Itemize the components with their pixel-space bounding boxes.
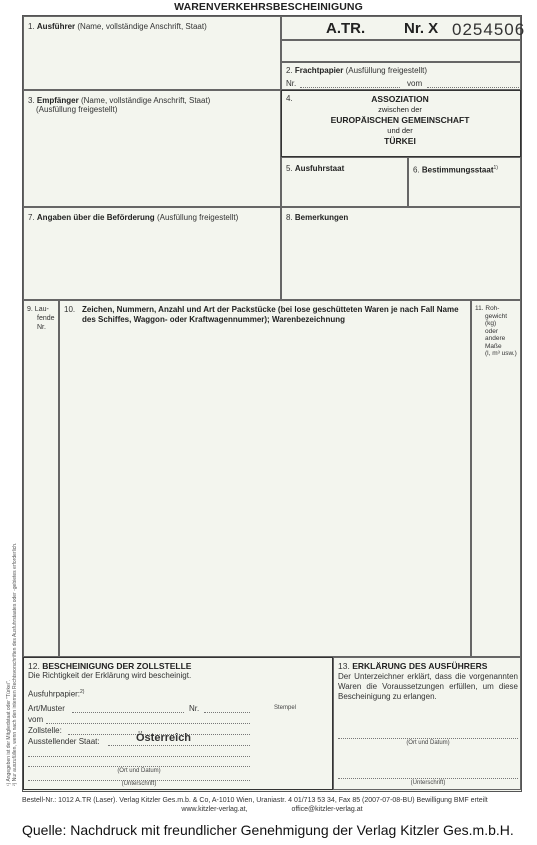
box-number: 1. (28, 22, 35, 31)
place-date-label: (Ort und Datum) (338, 740, 518, 746)
box-title-line: Nr. (27, 323, 55, 332)
serial-number: 0254506 (452, 20, 525, 40)
box-8-remarks[interactable]: 8. Bemerkungen (281, 207, 521, 300)
association-between: zwischen der (282, 105, 518, 116)
box-title: Angaben über die Beförderung (37, 213, 155, 222)
box-title-line: (l, m³ usw.) (475, 350, 520, 358)
issuing-state-field[interactable] (108, 745, 250, 746)
box-number: 11. (475, 305, 484, 312)
vom-label: vom (28, 715, 43, 725)
box-title: Ausführer (37, 22, 75, 31)
place-date-label: (Ort und Datum) (28, 768, 250, 774)
box-title: Frachtpapier (295, 66, 343, 75)
box-10-goods-description[interactable]: 10. Zeichen, Nummern, Anzahl und Art der… (59, 300, 471, 657)
box-note: (Ausfüllung freigestellt) (157, 213, 238, 222)
box-7-transport-details[interactable]: 7. Angaben über die Beförderung (Ausfüll… (23, 207, 281, 300)
box-title-line: Roh- (485, 305, 499, 312)
box-title: Ausfuhrstaat (295, 164, 344, 173)
nr-label: Nr. (286, 79, 296, 89)
association-title: ASSOZIATION (282, 94, 518, 105)
box-note: (Name, vollständige Anschrift, Staat) (77, 22, 206, 31)
footnote-ref: 2) (80, 689, 84, 695)
association-and: und der (282, 126, 518, 137)
box-6-destination-country[interactable]: 6. Bestimmungsstaat1) (408, 157, 521, 207)
nr-field[interactable] (300, 87, 400, 88)
box-note: (Ausfüllung freigestellt) (346, 66, 427, 75)
box-11-gross-weight[interactable]: 11. Roh- gewicht (kg) oder andere Maße (… (471, 300, 521, 657)
signature-label: (Unterschrift) (28, 781, 250, 787)
box-number: 10. (64, 305, 75, 315)
form-header: A.TR. Nr. X 0254506 (281, 16, 521, 40)
extra-field[interactable] (28, 756, 250, 757)
vom-field[interactable] (427, 87, 519, 88)
box-title: Zeichen, Nummern, Anzahl und Art der Pac… (82, 305, 467, 324)
box-note-2: (Ausfüllung freigestellt) (36, 105, 117, 115)
box-number: 2. (286, 66, 293, 75)
side-footnotes: ¹) Angegeben ist der Mitgliedstaat oder … (6, 406, 18, 786)
art-field[interactable] (72, 712, 184, 713)
box-1-exporter[interactable]: 1. Ausführer (Name, vollständige Anschri… (23, 16, 281, 90)
nr-field[interactable] (204, 712, 250, 713)
signature-field[interactable] (338, 778, 518, 779)
footnote-2: ²) Nur auszufüllen, wenn nach den intern… (12, 406, 18, 786)
box-3-consignee[interactable]: 3. Empfänger (Name, vollständige Anschri… (23, 90, 281, 207)
issuing-state-label: Ausstellender Staat: (28, 737, 100, 747)
declaration-text: Der Unterzeichner erklärt, dass die vorg… (338, 672, 518, 702)
publisher-footer: Bestell-Nr.: 1012 A.TR (Laser). Verlag K… (22, 797, 522, 804)
footnote-ref: 1) (493, 165, 497, 171)
publisher-website[interactable]: www.kitzler-verlag.at, (181, 806, 247, 813)
form-code: A.TR. (326, 20, 365, 37)
box-number: 9. (27, 306, 33, 313)
box-number: 6. (413, 166, 420, 175)
box-title: Bestimmungsstaat (422, 166, 494, 175)
box-12-customs-endorsement: 12. BESCHEINIGUNG DER ZOLLSTELLE Die Ric… (23, 657, 333, 790)
box-title: Empfänger (37, 96, 79, 105)
box-note: (Name, vollständige Anschrift, Staat) (81, 96, 210, 105)
vom-field[interactable] (46, 723, 250, 724)
box-title-line: fende (27, 314, 55, 323)
box-title-line: Lau- (35, 306, 49, 313)
nr-label: Nr. (189, 704, 199, 714)
association-party-turkey: TÜRKEI (282, 136, 518, 147)
box-title: Bemerkungen (295, 213, 348, 222)
place-date-field[interactable] (28, 766, 250, 767)
box-number: 13. (338, 661, 350, 671)
box-title-line: oder andere (475, 328, 520, 343)
document-title: WARENVERKEHRSBESCHEINIGUNG (0, 1, 537, 13)
box-title: BESCHEINIGUNG DER ZOLLSTELLE (42, 661, 191, 671)
box-4-association: 4. ASSOZIATION zwischen der EUROPÄISCHEN… (281, 90, 521, 157)
atr-form: 1. Ausführer (Name, vollständige Anschri… (22, 15, 522, 792)
publisher-email[interactable]: office@kitzler-verlag.at (291, 806, 362, 813)
box-5-export-country[interactable]: 5. Ausfuhrstaat (281, 157, 408, 207)
box-number: 7. (28, 213, 35, 222)
place-date-field[interactable] (338, 738, 518, 739)
stamp-area-label: Stempel (274, 705, 296, 711)
art-label: Art/Muster (28, 704, 65, 714)
office-label: Zollstelle: (28, 726, 62, 736)
box-number: 5. (286, 164, 293, 173)
issuing-state-value: Österreich (136, 732, 191, 744)
publisher-contacts: www.kitzler-verlag.at, office@kitzler-ve… (22, 806, 522, 813)
number-prefix: Nr. X (404, 20, 438, 37)
box-number: 3. (28, 96, 35, 105)
header-blank (281, 40, 521, 62)
association-party-eu: EUROPÄISCHEN GEMEINSCHAFT (282, 115, 518, 126)
box-number: 12. (28, 661, 40, 671)
source-caption: Quelle: Nachdruck mit freundlicher Geneh… (22, 822, 514, 838)
box-9-item-number[interactable]: 9. Lau- fende Nr. (23, 300, 59, 657)
export-document-label: Ausfuhrpapier: (28, 690, 80, 699)
box-title-line: Maße (475, 343, 520, 351)
vom-label: vom (407, 79, 422, 89)
box-2-transport-document[interactable]: 2. Frachtpapier (Ausfüllung freigestellt… (281, 62, 521, 90)
box-number: 8. (286, 213, 293, 222)
box-title-line: gewicht (kg) (475, 313, 520, 328)
signature-label: (Unterschrift) (338, 780, 518, 786)
box-13-exporter-declaration: 13. ERKLÄRUNG DES AUSFÜHRERS Der Unterze… (333, 657, 521, 790)
box-title: ERKLÄRUNG DES AUSFÜHRERS (352, 661, 487, 671)
box-subtitle: Die Richtigkeit der Erklärung wird besch… (28, 671, 191, 681)
